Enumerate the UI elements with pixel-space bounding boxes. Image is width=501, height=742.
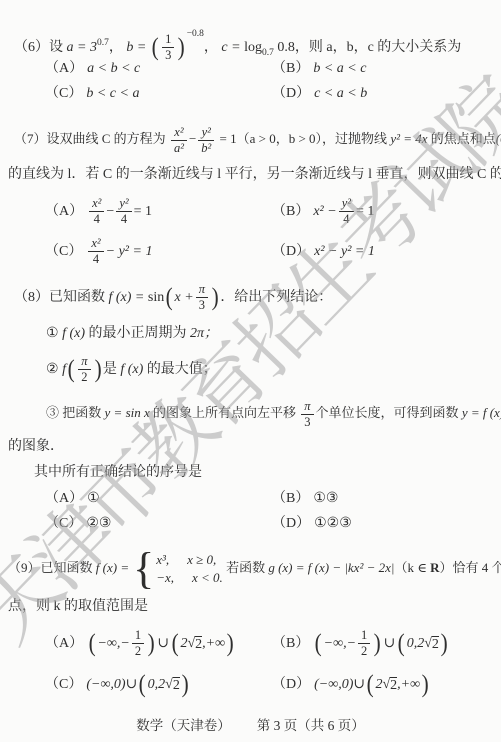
- stem-text: 设: [49, 40, 63, 55]
- question-9-stem-line-2: 点，则 k 的取值范围是: [0, 594, 501, 620]
- left-paren: (: [151, 35, 158, 60]
- radical-sign: √: [165, 677, 173, 694]
- denominator: 3: [196, 298, 208, 313]
- option-text: x² − y² = 1: [314, 244, 375, 259]
- numerator: x²: [171, 125, 187, 141]
- page-footer: 数学（天津卷）第 3 页（共 6 页）: [0, 714, 501, 734]
- option-c: （C）②③: [45, 511, 272, 536]
- question-9-stem-line-1: （9）已知函数 f (x) ={x³,x ≥ 0,−x,x < 0. 若函数 g…: [0, 542, 501, 594]
- fraction: π3: [301, 399, 313, 430]
- left-paren: (: [315, 631, 322, 656]
- exponent: 0.7: [97, 38, 109, 48]
- fraction: π2: [78, 354, 90, 385]
- stem-text: 已知函数: [41, 560, 93, 575]
- footer-title: 数学（天津卷）: [136, 718, 231, 733]
- question-6-options-row-2: （C）b < c < a （D）c < a < b: [0, 81, 501, 106]
- question-number: （9）: [8, 560, 41, 575]
- option-label: （B）: [272, 491, 309, 506]
- radicand: 2: [173, 677, 180, 695]
- question-6-stem: （6）设 a = 30.7， b = (13)−0.8， c = log0.7 …: [0, 12, 501, 56]
- fraction: x²4: [88, 236, 103, 267]
- question-7-stem-line-1: （7）设双曲线 C 的方程为 x²a²−y²b² = 1（a > 0，b > 0…: [0, 116, 501, 162]
- interval: −∞,−: [324, 636, 356, 651]
- option-label: （D）: [272, 516, 310, 531]
- question-8-item-3-continuation: 的图象．: [0, 434, 501, 460]
- option-d: （D）x² − y² = 1: [272, 232, 501, 272]
- interval: (−∞,0)∪: [86, 677, 137, 692]
- option-c: （C）(−∞,0)∪(0,2√2): [45, 666, 272, 704]
- option-b: （B）(−∞,−12)∪(0,2√2): [272, 622, 501, 666]
- stem-text: 的焦点和点: [431, 131, 496, 146]
- question-8-item-3: ③ 把函数 y = sin x 的图象上所有点向左平移 π3个单位长度，可得到函…: [0, 392, 501, 434]
- math-point: (0,b): [496, 131, 501, 146]
- question-8-item-1: ① f (x) 的最小正周期为 2π；: [0, 320, 501, 348]
- math-arg: x +: [175, 290, 194, 305]
- option-text: ②③: [86, 516, 111, 531]
- case-value: x³,: [156, 551, 169, 569]
- question-7-options-row-2: （C）x²4− y² = 1 （D）x² − y² = 1: [0, 232, 501, 272]
- fraction: x²a²: [171, 125, 187, 156]
- math: y = f (x): [462, 405, 501, 420]
- right-paren: ): [227, 631, 234, 656]
- right-paren: ): [178, 35, 185, 60]
- option-a: （A）①: [45, 486, 272, 511]
- option-b: （B）①③: [272, 486, 501, 511]
- union-symbol: ∪: [157, 636, 169, 651]
- question-9-options-row-1: （A）(−∞,−12)∪(2√2,+∞) （B）(−∞,−12)∪(0,2√2): [0, 622, 501, 666]
- math-b: b =: [126, 40, 146, 55]
- denominator: 4: [116, 212, 131, 227]
- interval: 0,2: [407, 636, 425, 651]
- math-g: g (x) = f (x) − |kx² − 2x|: [268, 560, 394, 575]
- option-d: （D）(−∞,0)∪(2√2,+∞): [272, 666, 501, 704]
- denominator: b²: [198, 141, 214, 156]
- option-text: c < a < b: [314, 86, 367, 101]
- exam-page: 天津市教育招生考试院 （6）设 a = 30.7， b = (13)−0.8， …: [0, 0, 501, 742]
- left-paren: (: [166, 285, 173, 310]
- interval: ,+∞: [397, 677, 420, 692]
- radical-sign: √: [187, 636, 195, 653]
- numerator: 1: [132, 628, 144, 644]
- interval: (−∞,0)∪: [314, 677, 365, 692]
- option-c: （C）b < c < a: [45, 81, 272, 106]
- fraction: y²b²: [198, 125, 214, 156]
- option-label: （A）: [45, 204, 83, 219]
- left-paren: (: [139, 672, 146, 697]
- case-condition: x < 0.: [192, 569, 223, 587]
- option-label: （B）: [272, 61, 309, 76]
- circled-number: ③: [46, 405, 59, 420]
- math-parabola: y² = 4x: [390, 131, 427, 146]
- left-paren: (: [89, 631, 96, 656]
- stem-text: （a > 0，b > 0），过抛物线: [237, 131, 387, 146]
- math: y = sin x: [105, 405, 150, 420]
- square-root: √2: [165, 677, 180, 695]
- sin-operator: sin: [148, 290, 164, 305]
- option-label: （D）: [272, 244, 310, 259]
- comma: ，: [204, 40, 218, 55]
- interval: 2: [375, 677, 382, 692]
- right-paren: ): [148, 631, 155, 656]
- page-content: （6）设 a = 30.7， b = (13)−0.8， c = log0.7 …: [0, 0, 501, 704]
- math: f (x): [62, 326, 85, 341]
- item-text: 是: [103, 362, 117, 377]
- comma: ，: [109, 40, 123, 55]
- log-argument: 0.8: [277, 40, 295, 55]
- numerator: 1: [162, 32, 174, 48]
- stem-text: ）恰有 4 个零: [439, 560, 501, 575]
- footer-page-number: 第 3 页（共 6 页）: [257, 718, 365, 733]
- math: 2π；: [190, 326, 218, 341]
- denominator: 3: [301, 415, 313, 430]
- item-text: 个单位长度，可得到函数: [316, 405, 459, 420]
- piecewise-row: x³,x ≥ 0,: [156, 551, 223, 569]
- option-d: （D）①②③: [272, 511, 501, 536]
- option-c: （C）x²4− y² = 1: [45, 232, 272, 272]
- question-9-options-row-2: （C）(−∞,0)∪(0,2√2) （D）(−∞,0)∪(2√2,+∞): [0, 666, 501, 704]
- option-label: （D）: [272, 677, 310, 692]
- question-8-item-2: ② f(π2)是 f (x) 的最大值；: [0, 348, 501, 392]
- numerator: π: [78, 354, 90, 370]
- left-paren: (: [367, 672, 374, 697]
- item-text: 把函数: [62, 405, 101, 420]
- math-f: f: [62, 362, 66, 377]
- numerator: y²: [339, 196, 354, 212]
- left-paren: (: [172, 631, 179, 656]
- option-d: （D）c < a < b: [272, 81, 501, 106]
- fraction: 12: [358, 628, 370, 659]
- stem-text: 若函数: [226, 560, 265, 575]
- union-symbol: ∪: [384, 636, 396, 651]
- log-operator: log: [244, 40, 262, 55]
- piecewise-cases: x³,x ≥ 0,−x,x < 0.: [156, 551, 223, 586]
- math: f (x): [120, 362, 143, 377]
- fraction: 12: [132, 628, 144, 659]
- option-label: （C）: [45, 86, 82, 101]
- circled-number: ②: [46, 362, 59, 377]
- option-label: （A）: [45, 636, 83, 651]
- option-text: ①③: [313, 491, 338, 506]
- option-a: （A）x²4−y²4= 1: [45, 192, 272, 232]
- option-label: （A）: [45, 491, 83, 506]
- left-paren: (: [68, 357, 75, 382]
- case-value: −x,: [156, 569, 174, 587]
- question-7-stem-line-2: 的直线为 l．若 C 的一条渐近线与 l 平行，另一条渐近线与 l 垂直，则双曲…: [0, 162, 501, 188]
- denominator: 2: [358, 644, 370, 659]
- stem-text: 设双曲线 C 的方程为: [47, 131, 166, 146]
- left-brace: {: [133, 549, 154, 589]
- option-text: ①: [87, 491, 100, 506]
- option-b: （B）b < a < c: [272, 56, 501, 81]
- square-root: √2: [187, 636, 202, 654]
- question-number: （6）: [14, 40, 49, 55]
- stem-text: 已知函数: [49, 290, 105, 305]
- circled-number: ①: [46, 326, 59, 341]
- denominator: a²: [171, 141, 187, 156]
- equals-one: = 1: [356, 204, 374, 219]
- option-label: （B）: [272, 204, 309, 219]
- question-7-options-row-1: （A）x²4−y²4= 1 （B）x² −y²4= 1: [0, 192, 501, 232]
- fraction: y²4: [339, 196, 354, 227]
- question-number: （8）: [14, 290, 49, 305]
- option-text: ①②③: [314, 516, 352, 531]
- option-label: （C）: [45, 677, 82, 692]
- equals-one: = 1: [220, 131, 237, 146]
- numerator: π: [196, 282, 208, 298]
- option-text: a < b < c: [87, 61, 140, 76]
- equals-one: = 1: [134, 204, 152, 219]
- question-8-summary: 其中所有正确结论的序号是: [0, 460, 501, 486]
- option-a: （A）(−∞,−12)∪(2√2,+∞): [45, 622, 272, 666]
- fraction: x²4: [89, 196, 104, 227]
- interval: −∞,−: [97, 636, 129, 651]
- option-b: （B）x² −y²4= 1: [272, 192, 501, 232]
- square-root: √2: [382, 677, 397, 695]
- question-8-options-row-2: （C）②③ （D）①②③: [0, 511, 501, 536]
- radical-sign: √: [382, 677, 390, 694]
- interval: 2: [180, 636, 187, 651]
- math-c: c =: [221, 40, 240, 55]
- right-paren: ): [440, 631, 447, 656]
- fraction: π3: [196, 282, 208, 313]
- piecewise-row: −x,x < 0.: [156, 569, 223, 587]
- math-f: f (x) =: [109, 290, 145, 305]
- interval: 0,2: [148, 677, 166, 692]
- option-text: b < a < c: [313, 61, 366, 76]
- denominator: 4: [89, 212, 104, 227]
- denominator: 4: [88, 252, 103, 267]
- denominator: 2: [132, 644, 144, 659]
- math-f: f (x) =: [96, 560, 129, 575]
- right-paren: ): [212, 285, 219, 310]
- math: − y² = 1: [106, 244, 153, 259]
- question-number: （7）: [14, 131, 47, 146]
- right-paren: ): [422, 672, 429, 697]
- denominator: 2: [78, 370, 90, 385]
- option-label: （A）: [45, 61, 83, 76]
- numerator: π: [301, 399, 313, 415]
- minus-sign: −: [189, 131, 196, 146]
- stem-text: ，则 a，b，c 的大小关系为: [295, 40, 461, 55]
- option-label: （B）: [272, 636, 309, 651]
- item-text: 的图象上所有点向左平移: [153, 405, 296, 420]
- question-8-stem: （8）已知函数 f (x) = sin(x +π3)．给出下列结论：: [0, 276, 501, 320]
- numerator: 1: [358, 628, 370, 644]
- item-text: 的最小正周期为: [89, 326, 187, 341]
- stem-text: （k ∈: [394, 560, 426, 575]
- minus-sign: −: [106, 204, 114, 219]
- math-a: a = 3: [67, 40, 97, 55]
- numerator: y²: [198, 125, 214, 141]
- numerator: x²: [88, 236, 103, 252]
- numerator: y²: [116, 196, 131, 212]
- exponent: −0.8: [187, 29, 204, 39]
- option-text: b < c < a: [86, 86, 139, 101]
- option-label: （C）: [45, 244, 82, 259]
- right-paren: ): [374, 631, 381, 656]
- option-label: （C）: [45, 516, 82, 531]
- interval: ,+∞: [202, 636, 225, 651]
- question-6-options-row-1: （A）a < b < c （B）b < a < c: [0, 56, 501, 81]
- case-condition: x ≥ 0,: [187, 551, 216, 569]
- question-8-options-row-1: （A）① （B）①③: [0, 486, 501, 511]
- radical-sign: √: [424, 636, 432, 653]
- right-paren: ): [94, 357, 101, 382]
- square-root: √2: [424, 636, 439, 654]
- option-label: （D）: [272, 86, 310, 101]
- left-paren: (: [398, 631, 405, 656]
- stem-text: ．给出下列结论：: [220, 290, 332, 305]
- right-paren: ): [181, 672, 188, 697]
- radicand: 2: [432, 636, 439, 654]
- item-text: 的最大值；: [147, 362, 217, 377]
- fraction: y²4: [116, 196, 131, 227]
- denominator: 4: [339, 212, 354, 227]
- numerator: x²: [89, 196, 104, 212]
- math: x² −: [313, 204, 336, 219]
